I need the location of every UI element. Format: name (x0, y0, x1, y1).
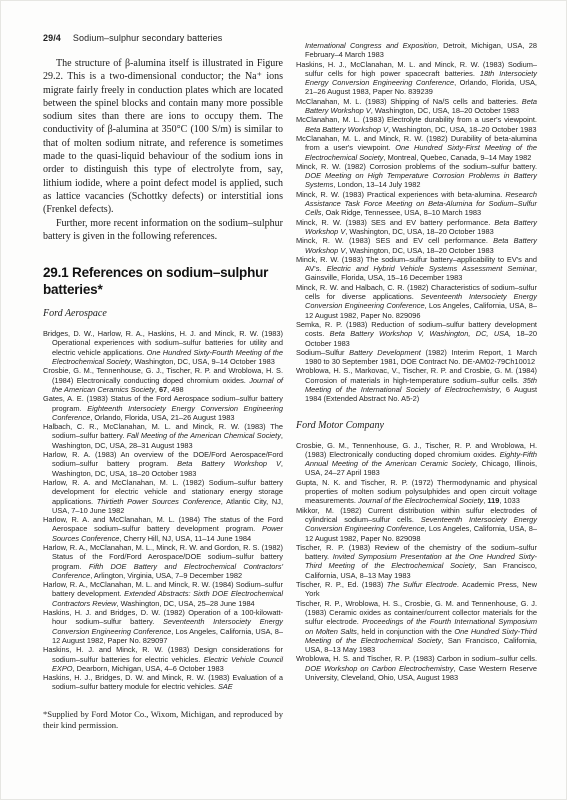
reference-item: Harlow, R. A. (1983) An overview of the … (43, 450, 283, 478)
reference-item: McClanahan, M. L. (1983) Electrolyte dur… (296, 115, 537, 134)
reference-item: McClanahan, M. L. (1983) Shipping of Na/… (296, 97, 537, 116)
reference-item: Gates, A. E. (1983) Status of the Ford A… (43, 394, 283, 422)
reference-item: Minck, R. W. and Halbach, C. R. (1982) C… (296, 283, 537, 320)
reference-item: Wroblowa, H. S. and Tischer, R. P. (1983… (296, 654, 537, 682)
reference-item: Minck, R. W. (1983) SES and EV battery p… (296, 218, 537, 237)
subheading-ford-aerospace: Ford Aerospace (43, 308, 283, 319)
reference-item: Harlow, R. A. and McClanahan, M. L. (198… (43, 515, 283, 543)
intro-paragraph-2: Further, more recent information on the … (43, 217, 283, 244)
reference-item: Gupta, N. K. and Tischer, R. P. (1972) T… (296, 478, 537, 506)
reference-item: Haskins, H. J., Bridges, D. W. and Minck… (43, 673, 283, 692)
reference-item: Bridges, D. W., Harlow, R. A., Haskins, … (43, 329, 283, 366)
reference-item: Minck, R. W. (1983) Practical experience… (296, 190, 537, 218)
book-page: 29/4Sodium–sulphur secondary batteries T… (0, 0, 567, 800)
section-heading: 29.1 References on sodium–sulphur batter… (43, 265, 283, 298)
reference-item: Haskins, H. J. and Minck, R. W. (1983) D… (43, 645, 283, 673)
reference-item: Minck, R. W. (1983) The sodium–sulfur ba… (296, 255, 537, 283)
reference-item: Harlow, R. A., McClanahan, M. L. and Min… (43, 580, 283, 608)
reference-item: Tischer, R. P., Wroblowa, H. S., Crosbie… (296, 599, 537, 655)
reference-item: Haskins, H. J. and Bridges, D. W. (1982)… (43, 608, 283, 645)
reference-list-ford-motor: Crosbie, G. M., Tennenhouse, G. J., Tisc… (296, 441, 537, 683)
reference-item: Haskins, H. J., McClanahan, M. L. and Mi… (296, 60, 537, 97)
reference-continuation: International Congress and Exposition, D… (296, 41, 537, 60)
reference-item: Minck, R. W. (1983) SES and EV cell perf… (296, 236, 537, 255)
reference-item: Crosbie, G. M., Tennenhouse, G. J., Tisc… (43, 366, 283, 394)
page-number: 29/4 (43, 33, 61, 43)
intro-text: The structure of β-alumina itself is ill… (43, 57, 283, 243)
intro-paragraph-1: The structure of β-alumina itself is ill… (43, 57, 283, 217)
reference-item: Tischer, R. P. (1983) Review of the chem… (296, 543, 537, 580)
reference-item: Harlow, R. A., McClanahan, M. L., Minck,… (43, 543, 283, 580)
reference-item: McClanahan, M. L. and Minck, R. W. (1982… (296, 134, 537, 162)
reference-item: Mikkor, M. (1982) Current distribution w… (296, 506, 537, 543)
running-head: 29/4Sodium–sulphur secondary batteries (43, 33, 222, 43)
right-column: International Congress and Exposition, D… (296, 41, 537, 786)
reference-item: Semka, R. P. (1983) Reduction of sodium–… (296, 320, 537, 348)
reference-list-ford-aerospace-right: Haskins, H. J., McClanahan, M. L. and Mi… (296, 60, 537, 404)
subheading-ford-motor: Ford Motor Company (296, 420, 537, 431)
reference-item: Halbach, C. R., McClanahan, M. L. and Mi… (43, 422, 283, 450)
reference-item: Tischer, R. P., Ed. (1983) The Sulfur El… (296, 580, 537, 599)
reference-item: Crosbie, G. M., Tennenhouse, G. J., Tisc… (296, 441, 537, 478)
running-title: Sodium–sulphur secondary batteries (73, 33, 222, 43)
reference-item: International Congress and Exposition, D… (296, 41, 537, 60)
reference-item: Wroblowa, H. S., Markovac, V., Tischer, … (296, 366, 537, 403)
reference-list-ford-aerospace-left: Bridges, D. W., Harlow, R. A., Haskins, … (43, 329, 283, 692)
reference-item: Sodium–Sulfur Battery Development (1982)… (296, 348, 537, 367)
left-column: The structure of β-alumina itself is ill… (43, 57, 283, 787)
reference-item: Harlow, R. A. and McClanahan, M. L. (198… (43, 478, 283, 515)
reference-item: Minck, R. W. (1982) Corrosion problems o… (296, 162, 537, 190)
footnote: *Supplied by Ford Motor Co., Wixom, Mich… (43, 709, 283, 731)
